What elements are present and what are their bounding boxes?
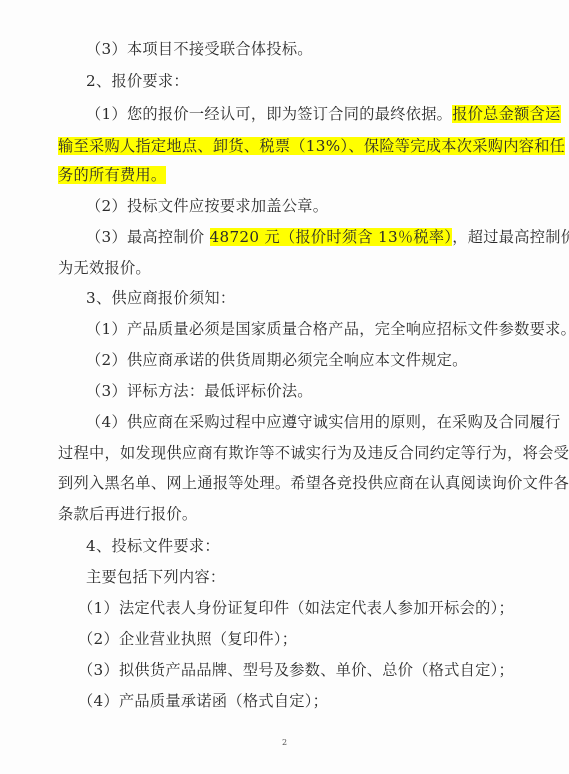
- paragraph-line: （2）投标文件应按要求加盖公章。: [58, 195, 540, 217]
- paragraph-line: （1）您的报价一经认可，即为签订合同的最终依据。报价总金额含运: [58, 103, 540, 125]
- text-segment: 2、报价要求：: [86, 72, 189, 90]
- paragraph-line: 4、投标文件要求：: [58, 535, 540, 557]
- paragraph-line: 2、报价要求：: [58, 70, 540, 92]
- text-segment: 4、投标文件要求：: [86, 537, 220, 555]
- paragraph-line: （3）评标方法：最低评标价法。: [58, 380, 540, 402]
- highlighted-text: 输至采购人指定地点、卸货、税票（13%）、保险等完成本次采购内容和任: [58, 137, 565, 155]
- page-number: 2: [0, 738, 569, 747]
- paragraph-line: （1）法定代表人身份证复印件（如法定代表人参加开标会的）；: [58, 597, 532, 619]
- text-segment: （1）产品质量必须是国家质量合格产品，完全响应招标文件参数要求。: [86, 320, 569, 338]
- highlighted-text: 务的所有费用。: [58, 166, 166, 184]
- paragraph-line: 输至采购人指定地点、卸货、税票（13%）、保险等完成本次采购内容和任: [58, 135, 512, 157]
- text-segment: ，超过最高控制价: [452, 228, 569, 246]
- paragraph-line: （3）本项目不接受联合体投标。: [58, 38, 540, 60]
- text-segment: （4）供应商在采购过程中应遵守诚实信用的原则，在采购及合同履行: [86, 413, 561, 431]
- highlighted-text: 报价总金额含运: [452, 105, 560, 123]
- paragraph-line: 条款后再进行报价。: [58, 503, 512, 525]
- text-segment: （2）企业营业执照（复印件）；: [78, 630, 297, 648]
- paragraph-line: 到列入黑名单、网上通报等处理。希望各竞投供应商在认真阅读询价文件各: [58, 472, 512, 494]
- text-segment: 3、供应商报价须知：: [86, 289, 235, 307]
- paragraph-line: 为无效报价。: [58, 257, 512, 279]
- text-segment: （1）法定代表人身份证复印件（如法定代表人参加开标会的）；: [78, 599, 514, 617]
- paragraph-line: 过程中，如发现供应商有欺诈等不诚实行为及违反合同约定等行为，将会受: [58, 442, 512, 464]
- paragraph-line: （4）产品质量承诺函（格式自定）；: [58, 690, 532, 712]
- text-segment: （2）供应商承诺的供货周期必须完全响应本文件规定。: [86, 351, 468, 369]
- text-segment: （4）产品质量承诺函（格式自定）；: [78, 692, 328, 710]
- text-segment: 主要包括下列内容：: [86, 568, 225, 586]
- text-segment: （3）最高控制价: [86, 228, 210, 246]
- text-segment: （3）评标方法：最低评标价法。: [86, 382, 313, 400]
- paragraph-line: （2）企业营业执照（复印件）；: [58, 628, 532, 650]
- paragraph-line: （1）产品质量必须是国家质量合格产品，完全响应招标文件参数要求。: [58, 318, 540, 340]
- text-segment: 过程中，如发现供应商有欺诈等不诚实行为及违反合同约定等行为，将会受: [58, 444, 569, 462]
- paragraph-line: 主要包括下列内容：: [58, 566, 540, 588]
- text-segment: 条款后再进行报价。: [58, 505, 197, 523]
- text-segment: 为无效报价。: [58, 259, 151, 277]
- text-segment: （3）本项目不接受联合体投标。: [86, 40, 313, 58]
- paragraph-line: （2）供应商承诺的供货周期必须完全响应本文件规定。: [58, 349, 540, 371]
- paragraph-line: 务的所有费用。: [58, 164, 512, 186]
- highlighted-text: 48720 元（报价时须含 13％税率）: [210, 228, 453, 246]
- text-segment: （2）投标文件应按要求加盖公章。: [86, 197, 328, 215]
- text-segment: （1）您的报价一经认可，即为签订合同的最终依据。: [86, 105, 452, 123]
- text-segment: （3）拟供货产品品牌、型号及参数、单价、总价（格式自定）；: [78, 661, 514, 679]
- paragraph-line: 3、供应商报价须知：: [58, 287, 540, 309]
- paragraph-line: （4）供应商在采购过程中应遵守诚实信用的原则，在采购及合同履行: [58, 411, 540, 433]
- document-page: 2 （3）本项目不接受联合体投标。2、报价要求：（1）您的报价一经认可，即为签订…: [0, 0, 569, 774]
- paragraph-line: （3）拟供货产品品牌、型号及参数、单价、总价（格式自定）；: [58, 659, 532, 681]
- text-segment: 到列入黑名单、网上通报等处理。希望各竞投供应商在认真阅读询价文件各: [58, 474, 569, 492]
- paragraph-line: （3）最高控制价 48720 元（报价时须含 13％税率），超过最高控制价: [58, 226, 540, 248]
